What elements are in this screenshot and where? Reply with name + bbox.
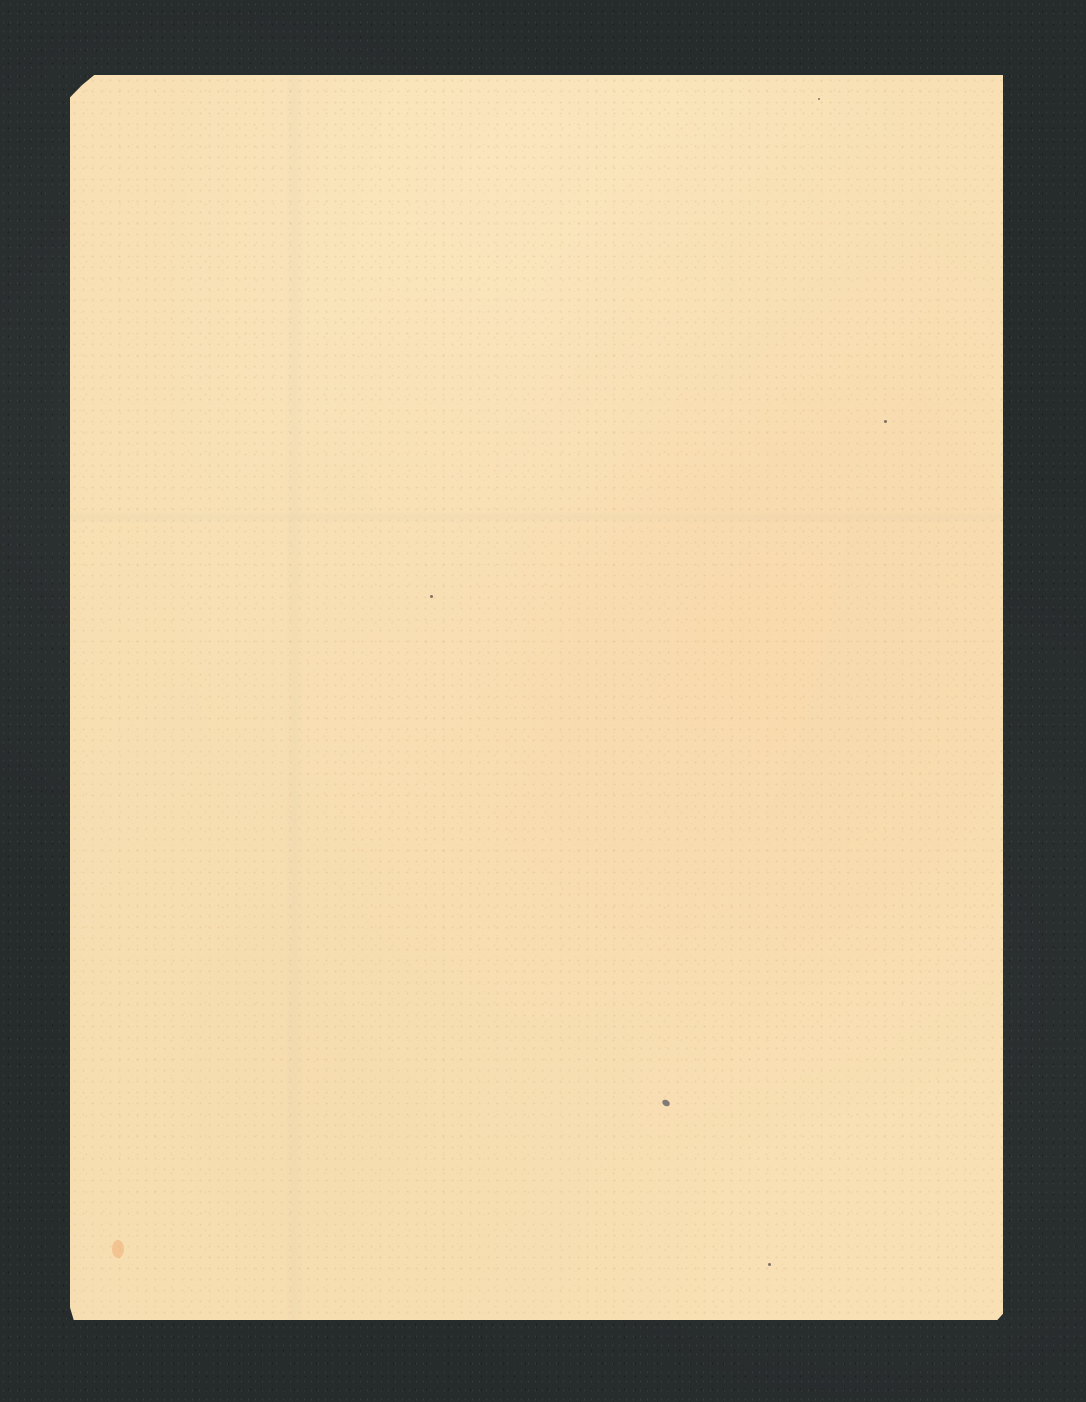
ink-speck [768, 1263, 771, 1266]
stain-spot [112, 1240, 124, 1258]
ink-speck [430, 595, 433, 598]
ink-speck [884, 420, 887, 423]
ink-speck [818, 98, 820, 100]
paper-card-back [70, 75, 1003, 1320]
